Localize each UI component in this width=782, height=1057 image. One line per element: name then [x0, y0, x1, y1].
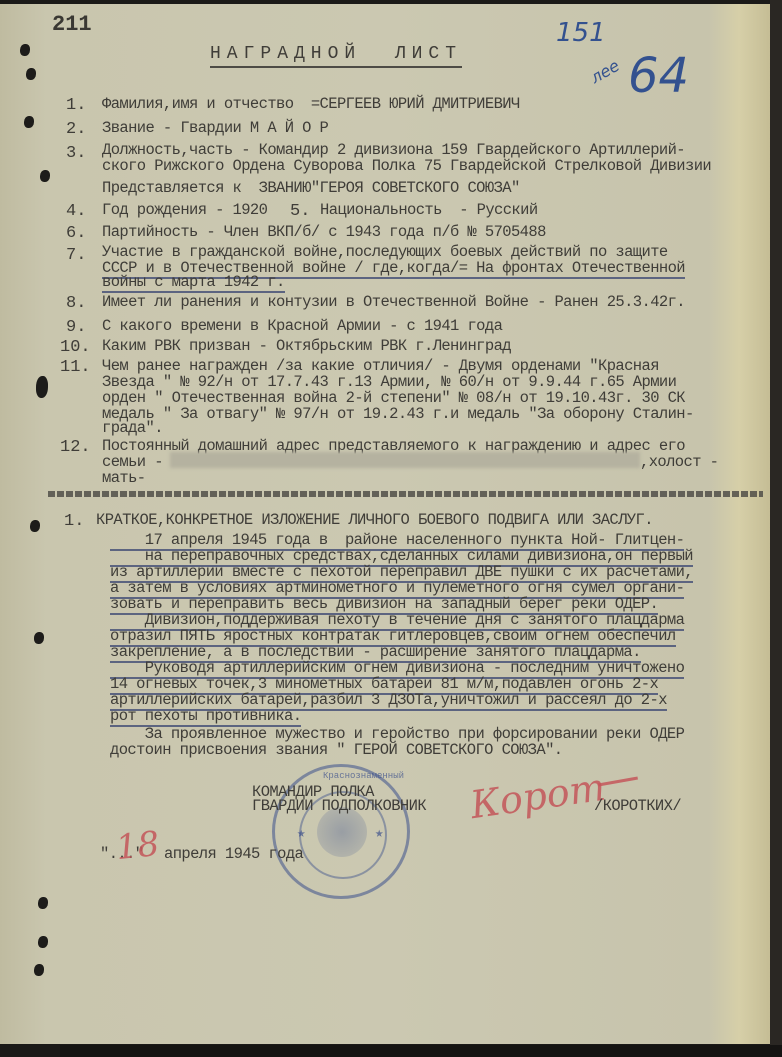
- field-number: 1.: [66, 96, 86, 115]
- punch-hole: [34, 632, 44, 644]
- field-rank: Звание - Гвардии М А Й О Р: [102, 120, 328, 137]
- field-number: 8.: [66, 294, 86, 313]
- section-heading: КРАТКОЕ,КОНКРЕТНОЕ ИЗЛОЖЕНИЕ ЛИЧНОГО БОЕ…: [96, 512, 653, 529]
- field-draft-office: Каким РВК призван - Октябрьским РВК г.Ле…: [102, 338, 511, 355]
- punch-hole: [36, 376, 48, 398]
- signer-rank: ГВАРДИИ ПОДПОЛКОВНИК: [252, 798, 426, 815]
- scan-edge: [60, 1045, 782, 1057]
- signer-name: /КОРОТКИХ/: [594, 798, 681, 815]
- field-nominated-for: Представляется к ЗВАНИЮ"ГЕРОЯ СОВЕТСКОГО…: [102, 180, 520, 197]
- field-number: 5.: [290, 202, 310, 221]
- field-wounds: Имеет ли ранения и контузии в Отечествен…: [102, 294, 685, 311]
- field-number: 6.: [66, 224, 86, 243]
- field-number: 12.: [60, 438, 91, 457]
- punch-hole: [40, 170, 50, 182]
- scan-edge: [770, 0, 782, 1057]
- field-full-name: Фамилия,имя и отчество =СЕРГЕЕВ ЮРИЙ ДМИ…: [102, 96, 520, 113]
- field-previous-awards-cont4: града".: [102, 420, 163, 437]
- field-nationality: Национальность - Русский: [320, 202, 538, 219]
- field-service-since: С какого времени в Красной Армии - с 194…: [102, 318, 502, 335]
- punch-hole: [38, 936, 48, 948]
- star-icon: ★: [297, 825, 305, 842]
- redacted-address: [170, 452, 640, 468]
- field-number: 2.: [66, 120, 86, 139]
- feat-line: достоин присвоения звания " ГЕРОЙ СОВЕТС…: [110, 742, 562, 759]
- handwritten-day: 18: [114, 824, 161, 868]
- field-number: 9.: [66, 318, 86, 337]
- field-number: 11.: [60, 358, 91, 377]
- separator-line: [48, 491, 763, 497]
- handwritten-signature: Корот: [468, 765, 608, 827]
- award-sheet: 211 151 лее 64 НАГРАДНОЙ ЛИСТ 1. Фамилия…: [0, 4, 770, 1044]
- stamp-text: Краснознаменный: [323, 771, 404, 781]
- date-text: апреля 1945 года: [164, 846, 303, 863]
- section-number: 1.: [64, 512, 84, 531]
- handwritten-mark: 64: [628, 48, 689, 104]
- punch-hole: [34, 964, 44, 976]
- field-marital-status: ,холост -: [640, 454, 718, 471]
- punch-hole: [30, 520, 40, 532]
- field-number: 10.: [60, 338, 91, 357]
- field-position-cont: ского Рижского Ордена Суворова Полка 75 …: [102, 158, 711, 175]
- field-mother: мать-: [102, 470, 146, 487]
- punch-hole: [26, 68, 36, 80]
- punch-hole: [24, 116, 34, 128]
- field-previous-awards-cont3: медаль " За отвагу" № 97/н от 19.2.43 г.…: [102, 406, 694, 423]
- handwritten-prefix: лее: [587, 56, 622, 87]
- field-number: 3.: [66, 144, 86, 163]
- field-number: 7.: [66, 246, 86, 265]
- punch-hole: [38, 897, 48, 909]
- star-icon: ★: [375, 825, 383, 842]
- document-title: НАГРАДНОЙ ЛИСТ: [210, 44, 462, 68]
- punch-hole: [20, 44, 30, 56]
- archive-number: 151: [556, 18, 606, 48]
- sheet-number: 211: [52, 12, 92, 37]
- field-birth-year: Год рождения - 1920: [102, 202, 267, 219]
- field-number: 4.: [66, 202, 86, 221]
- field-party: Партийность - Член ВКП/б/ с 1943 года п/…: [102, 224, 546, 241]
- field-war-participation-cont2: войны с марта 1942 г.: [102, 274, 285, 293]
